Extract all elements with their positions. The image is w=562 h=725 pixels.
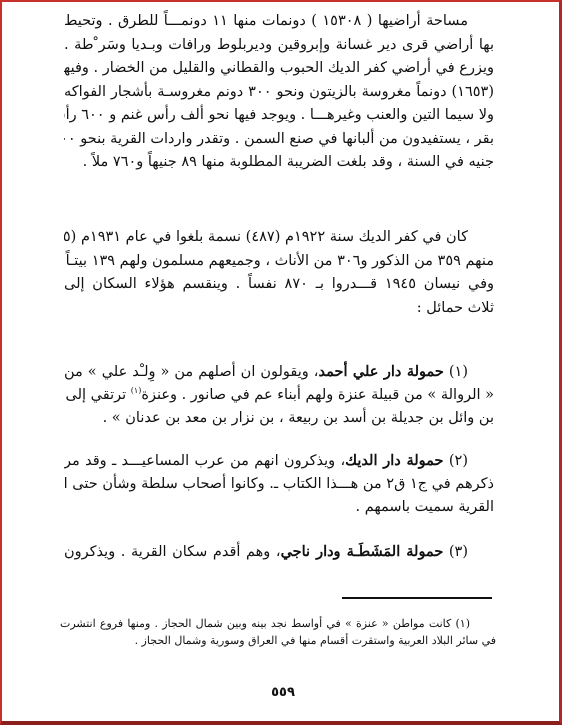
text-line: كان في كفر الديك سنة ١٩٢٢م (٤٨٧) نسمة بل…	[64, 226, 494, 250]
footnote-divider	[342, 597, 492, 599]
text-line: ويزرع في أراضي كفر الديك الحبوب والقطاني…	[64, 57, 494, 81]
clan-number: (١)	[449, 364, 468, 380]
clan-description: « الروالة » من قبيلة عنزة ولهم أبناء عم …	[141, 387, 494, 403]
text-line: (١) حمولة دار علي أحمد، ويقولون ان أصلهم…	[64, 360, 494, 384]
page-frame: مساحة أراضيها ( ١٥٣٠٨ ) دونمات منها ١١ د…	[0, 0, 562, 725]
clan-number: (٣)	[449, 544, 468, 560]
text-line: ولا سيما التين والعنب وغيرهـــا . ويوجد …	[64, 104, 494, 128]
text-line: منهم ٣٥٩ من الذكور و٣٠٦ من الأناث ، وجمي…	[64, 250, 494, 274]
paragraph-population: كان في كفر الديك سنة ١٩٢٢م (٤٨٧) نسمة بل…	[64, 226, 494, 320]
clan-name: حمولة دار علي أحمد	[318, 363, 443, 380]
text-line: مساحة أراضيها ( ١٥٣٠٨ ) دونمات منها ١١ د…	[64, 10, 494, 34]
footnote-line: (١) كانت مواطن « عنزة » في أواسط نجد بين…	[60, 615, 496, 632]
clan-description: ترتقي إلى « بكر	[64, 387, 131, 403]
clan-1-paragraph: (١) حمولة دار علي أحمد، ويقولون ان أصلهم…	[64, 360, 494, 431]
clan-2-paragraph: (٢) حمولة دار الديك، ويذكرون انهم من عرب…	[64, 449, 494, 520]
text-line: (١٦٥٣) دونماً مغروسة بالزيتون ونحو ٣٠٠ د…	[64, 81, 494, 105]
paragraph-land-agriculture: مساحة أراضيها ( ١٥٣٠٨ ) دونمات منها ١١ د…	[64, 10, 494, 175]
page-number: ٥٥٩	[2, 685, 562, 700]
text-line: ثلاث حمائل :	[64, 297, 494, 321]
clan-number: (٢)	[449, 453, 468, 469]
text-line: وفي نيسان ١٩٤٥ قـــدروا بـ ٨٧٠ نفساً . و…	[64, 273, 494, 297]
text-line: بن وائل بن جديلة بن أسد بن ربيعة ، بن نز…	[64, 407, 494, 431]
text-line: (٣) حمولة المَشَطَـة ودار ناجي، وهم أقدم…	[64, 540, 494, 564]
footnote-line: في سائر البلاد العربية واستقرت أقسام منه…	[60, 632, 496, 649]
footnote-reference[interactable]: (١)	[131, 386, 142, 395]
text-line: بقر ، يستفيدون من ألبانها في صنع السمن .…	[64, 128, 494, 152]
clan-name: حمولة المَشَطَـة ودار ناجي	[281, 543, 444, 560]
clan-3-paragraph: (٣) حمولة المَشَطَـة ودار ناجي، وهم أقدم…	[64, 540, 494, 564]
clan-description: ، ويذكرون انهم من عرب المساعيـــد ـ وقد …	[64, 453, 345, 469]
text-line: ذكرهم في ج١ ق٢ من هـــذا الكتاب ـ. وكانو…	[64, 473, 494, 497]
text-line: جنيه في السنة ، وقد بلغت الضريبة المطلوب…	[64, 151, 494, 175]
clan-description: ، وهم أقدم سكان القرية . ويذكرون	[64, 544, 281, 560]
footnote: (١) كانت مواطن « عنزة » في أواسط نجد بين…	[60, 615, 496, 649]
text-line: بها أراضي قرى دير غسانة وإبروقين وديربلو…	[64, 34, 494, 58]
text-line: « الروالة » من قبيلة عنزة ولهم أبناء عم …	[64, 384, 494, 408]
clan-name: حمولة دار الديك	[345, 452, 443, 469]
text-line: (٢) حمولة دار الديك، ويذكرون انهم من عرب…	[64, 449, 494, 473]
text-line: القرية سميت باسمهم .	[64, 496, 494, 520]
clan-description: ، ويقولون ان أصلهم من « وِلـْد علي » من	[64, 364, 318, 380]
